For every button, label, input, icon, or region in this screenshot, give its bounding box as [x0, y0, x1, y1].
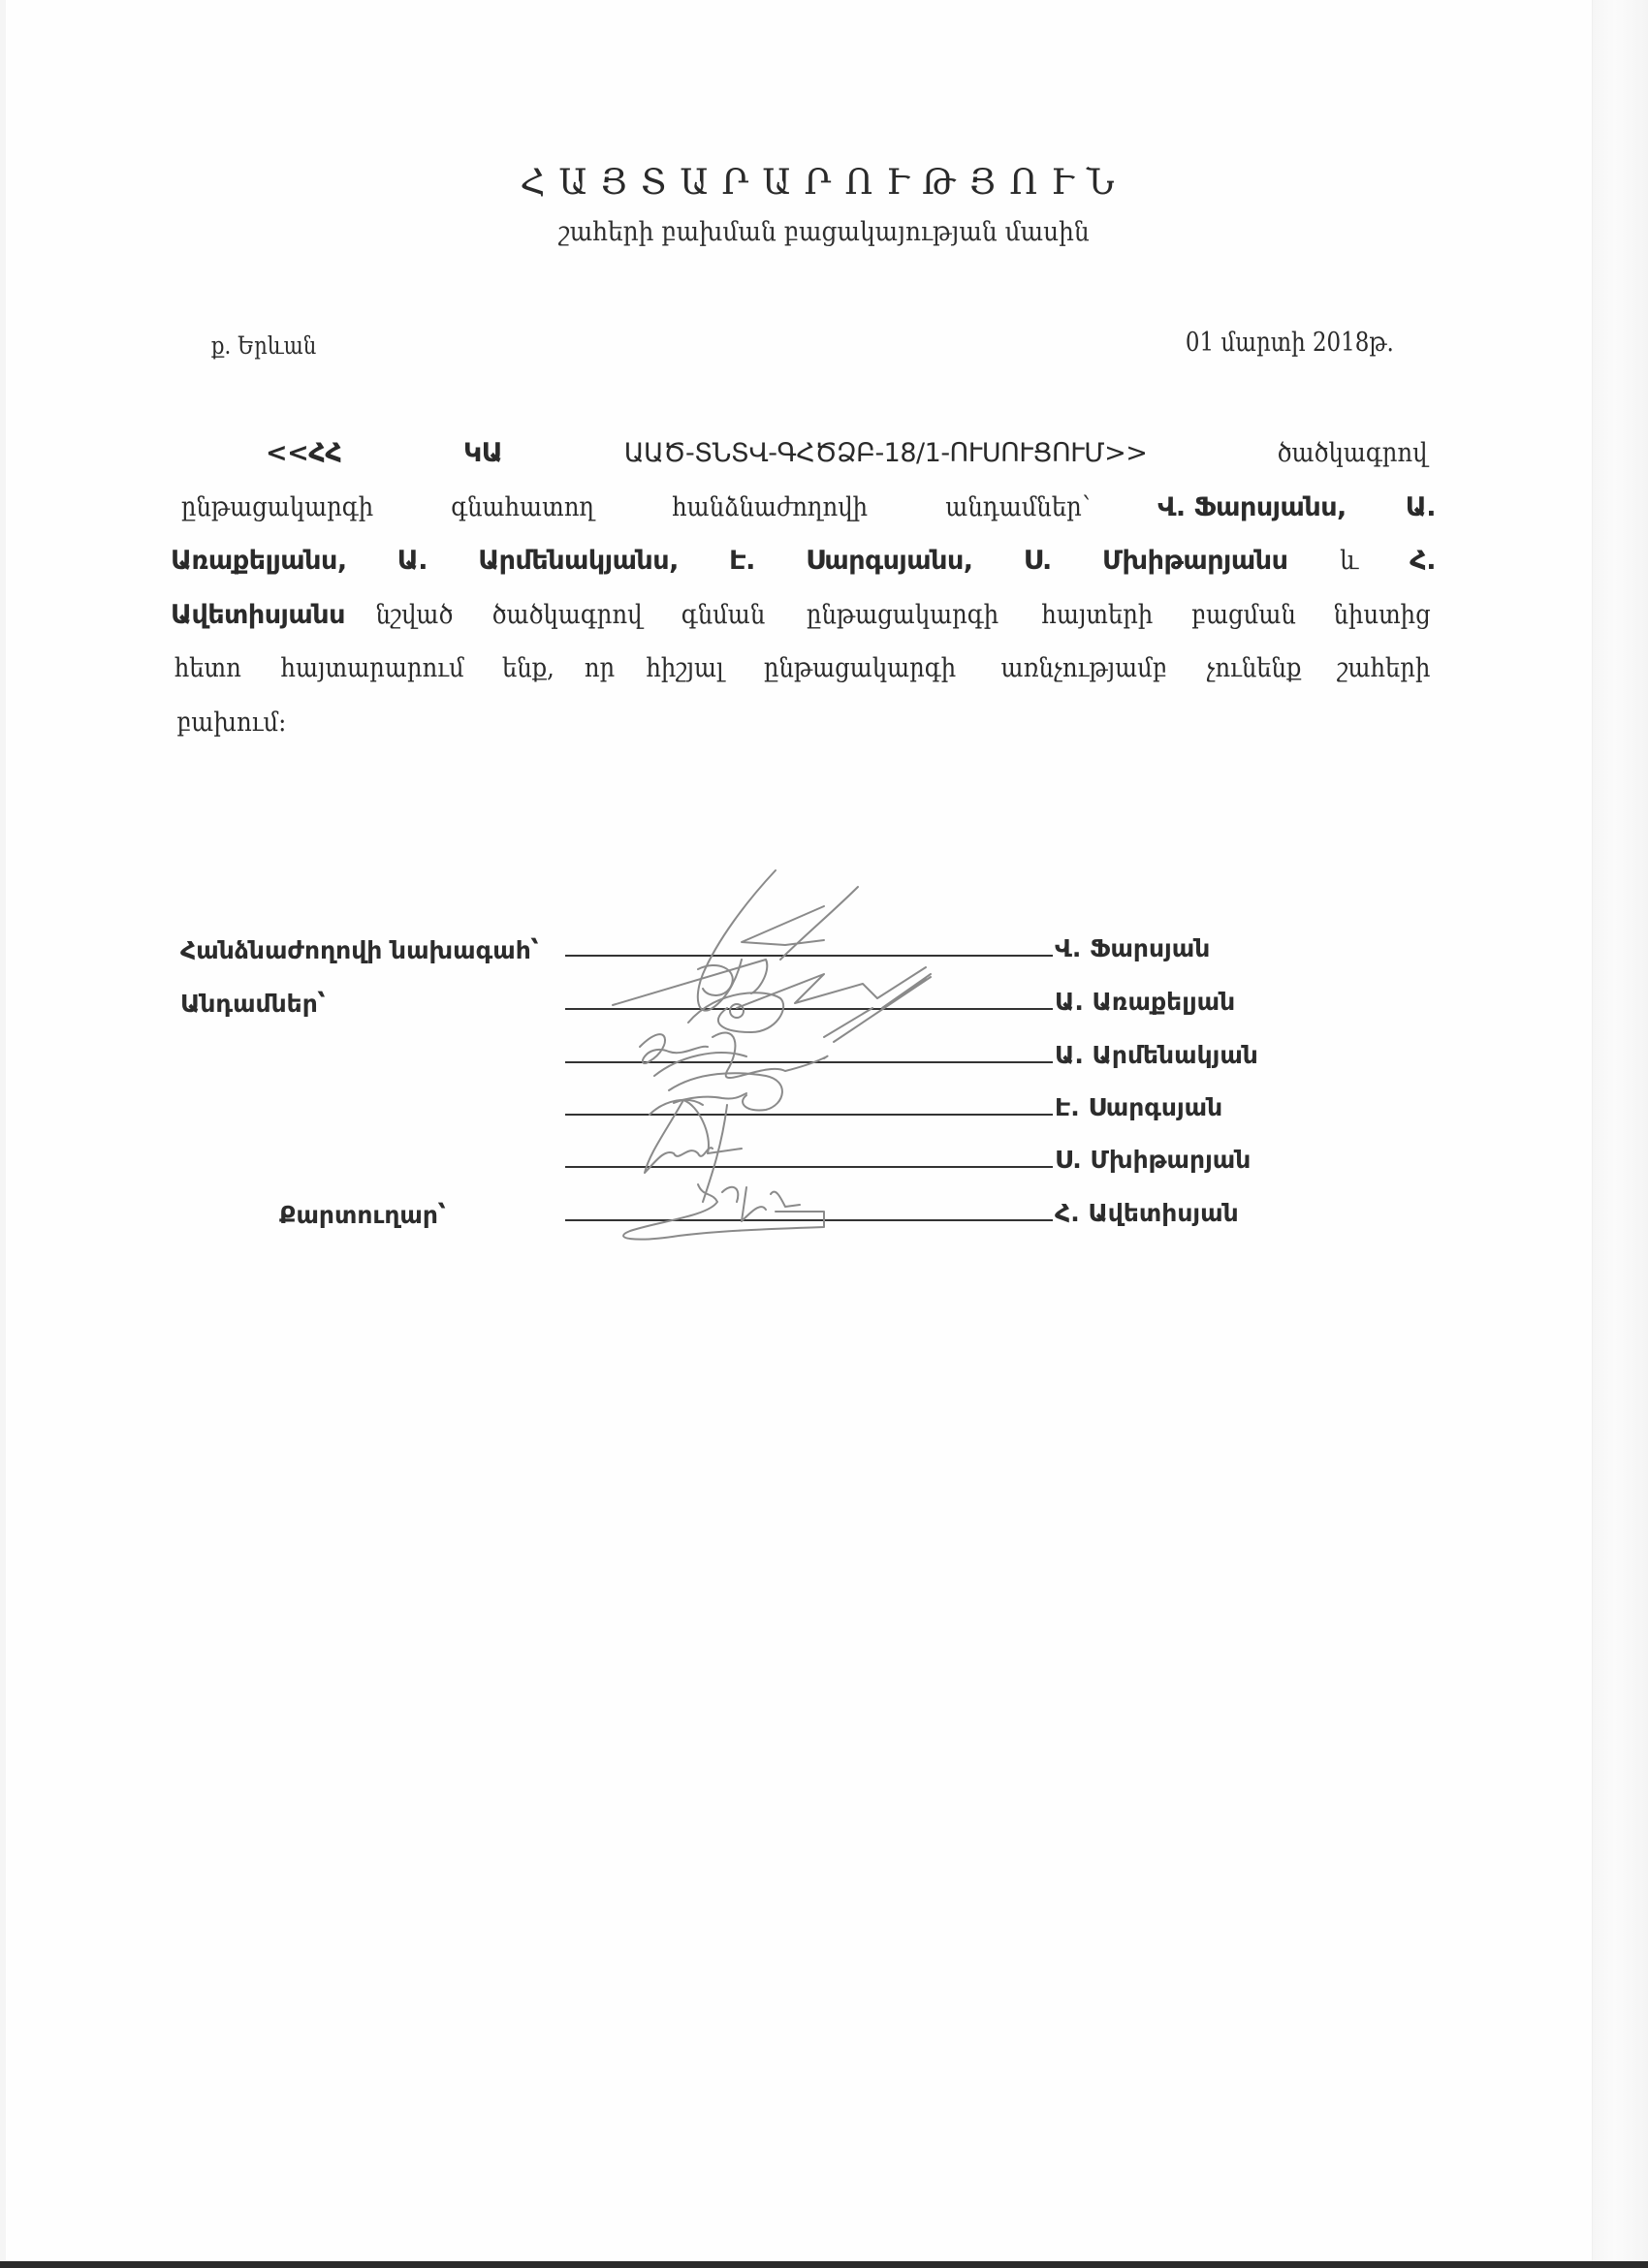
signature-block: Հանձնաժողովի նախագահ՝ Անդամներ՝ Քարտուղա… [0, 0, 1648, 2268]
handwritten-signatures-icon [543, 853, 1086, 1260]
signature-line-3 [565, 1061, 1053, 1063]
signature-line-2 [565, 1008, 1053, 1010]
signature-line-6 [565, 1219, 1053, 1221]
signatory-name: Հ. Ավետիսյան [1055, 1199, 1239, 1227]
document-page: ՀԱՅՏԱՐԱՐՈՒԹՅՈՒՆ շահերի բախման բացակայութ… [0, 0, 1648, 2268]
signature-line-1 [565, 955, 1053, 957]
signatory-name: Ս. Մխիթարյան [1055, 1146, 1251, 1174]
members-label: Անդամներ՝ [180, 990, 326, 1018]
signatory-name: Ա. Առաքելյան [1055, 988, 1235, 1016]
signature-line-4 [565, 1114, 1053, 1116]
signature-line-5 [565, 1166, 1053, 1168]
secretary-label: Քարտուղար՝ [279, 1201, 446, 1229]
signatory-name: Ա. Արմենակյան [1055, 1041, 1258, 1069]
signatory-name: Է. Սարգսյան [1055, 1093, 1222, 1121]
chair-label: Հանձնաժողովի նախագահ՝ [180, 936, 539, 964]
signatory-name: Վ. Ֆարսյան [1055, 934, 1210, 962]
